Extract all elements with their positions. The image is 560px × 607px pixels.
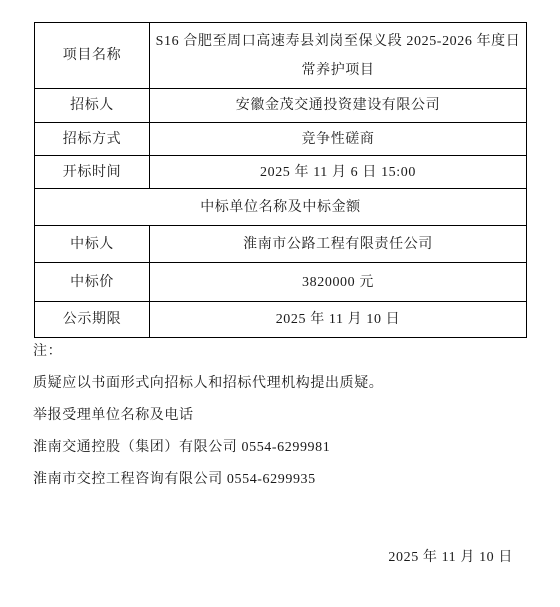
row-value-winning-price: 3820000 元: [150, 263, 527, 302]
note-line-objection: 质疑应以书面形式向招标人和招标代理机构提出质疑。: [33, 376, 533, 391]
table-row-winner: 中标人 淮南市公路工程有限责任公司: [35, 226, 527, 263]
table-row-publicity-period: 公示期限 2025 年 11 月 10 日: [35, 302, 527, 338]
row-label-project-name: 项目名称: [35, 23, 150, 89]
row-label-bid-method: 招标方式: [35, 123, 150, 156]
note-line-report-unit-1: 淮南交通控股（集团）有限公司 0554-6299981: [33, 440, 533, 455]
table-section-header-row: 中标单位名称及中标金额: [35, 189, 527, 226]
announcement-document: 项目名称 S16 合肥至周口高速寿县刘岗至保义段 2025-2026 年度日常养…: [0, 0, 560, 607]
row-value-publicity-period: 2025 年 11 月 10 日: [150, 302, 527, 338]
table-row-bid-method: 招标方式 竞争性磋商: [35, 123, 527, 156]
bid-result-table: 项目名称 S16 合肥至周口高速寿县刘岗至保义段 2025-2026 年度日常养…: [34, 22, 527, 338]
row-value-opening-time: 2025 年 11 月 6 日 15:00: [150, 156, 527, 189]
row-label-winning-price: 中标价: [35, 263, 150, 302]
row-value-bid-method: 竞争性磋商: [150, 123, 527, 156]
table-row-tenderer: 招标人 安徽金茂交通投资建设有限公司: [35, 89, 527, 123]
row-label-tenderer: 招标人: [35, 89, 150, 123]
notes-label: 注：: [33, 344, 533, 359]
row-label-opening-time: 开标时间: [35, 156, 150, 189]
notes-section: 注： 质疑应以书面形式向招标人和招标代理机构提出质疑。 举报受理单位名称及电话 …: [33, 344, 533, 504]
table-row-winning-price: 中标价 3820000 元: [35, 263, 527, 302]
row-value-winner: 淮南市公路工程有限责任公司: [150, 226, 527, 263]
row-value-tenderer: 安徽金茂交通投资建设有限公司: [150, 89, 527, 123]
note-line-report-units-title: 举报受理单位名称及电话: [33, 408, 533, 423]
section-header: 中标单位名称及中标金额: [35, 189, 527, 226]
footer-date: 2025 年 11 月 10 日: [0, 546, 560, 566]
note-line-report-unit-2: 淮南市交控工程咨询有限公司 0554-6299935: [33, 472, 533, 487]
row-label-winner: 中标人: [35, 226, 150, 263]
row-value-project-name: S16 合肥至周口高速寿县刘岗至保义段 2025-2026 年度日常养护项目: [150, 23, 527, 89]
table-row-opening-time: 开标时间 2025 年 11 月 6 日 15:00: [35, 156, 527, 189]
row-label-publicity-period: 公示期限: [35, 302, 150, 338]
table-row-project-name: 项目名称 S16 合肥至周口高速寿县刘岗至保义段 2025-2026 年度日常养…: [35, 23, 527, 89]
